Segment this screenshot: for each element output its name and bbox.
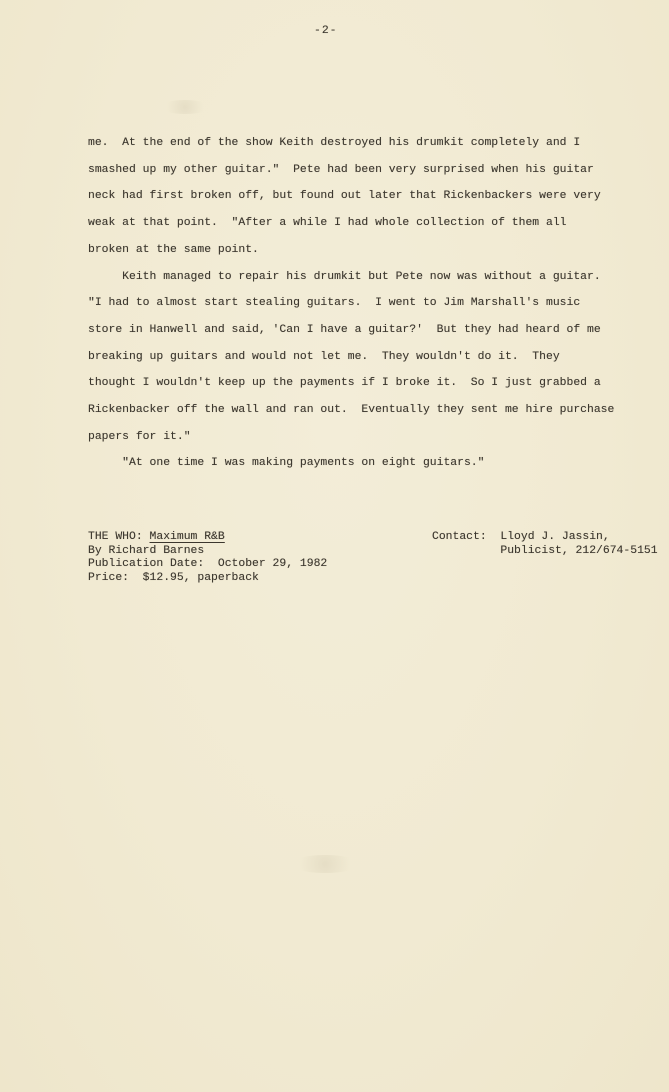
body-line: smashed up my other guitar." Pete had be… [88, 157, 636, 184]
body-line: "I had to almost start stealing guitars.… [88, 290, 636, 317]
body-line: store in Hanwell and said, 'Can I have a… [88, 317, 636, 344]
book-info-block: THE WHO: Maximum R&B By Richard Barnes P… [88, 531, 327, 585]
body-line: neck had first broken off, but found out… [88, 183, 636, 210]
page-number: -2- [314, 25, 338, 37]
contact-line-1: Contact: Lloyd J. Jassin, [432, 531, 658, 545]
body-line: thought I wouldn't keep up the payments … [88, 370, 636, 397]
body-text: me. At the end of the show Keith destroy… [88, 130, 636, 477]
book-price-line: Price: $12.95, paperback [88, 572, 327, 586]
book-publication-line: Publication Date: October 29, 1982 [88, 558, 327, 572]
document-page: -2- me. At the end of the show Keith des… [0, 0, 669, 1092]
contact-block: Contact: Lloyd J. Jassin, Publicist, 212… [432, 531, 658, 558]
body-line: Rickenbacker off the wall and ran out. E… [88, 397, 636, 424]
body-line: broken at the same point. [88, 237, 636, 264]
body-line: Keith managed to repair his drumkit but … [88, 264, 636, 291]
body-line: weak at that point. "After a while I had… [88, 210, 636, 237]
book-title-prefix: THE WHO: [88, 531, 150, 543]
book-title-line: THE WHO: Maximum R&B [88, 531, 327, 545]
book-title-underlined: Maximum R&B [150, 531, 225, 543]
body-line: "At one time I was making payments on ei… [88, 450, 636, 477]
book-author-line: By Richard Barnes [88, 545, 327, 559]
body-line: me. At the end of the show Keith destroy… [88, 130, 636, 157]
paper-smudge [290, 855, 360, 873]
body-line: breaking up guitars and would not let me… [88, 344, 636, 371]
body-line: papers for it." [88, 424, 636, 451]
paper-smudge [160, 100, 210, 114]
contact-line-2: Publicist, 212/674-5151 [432, 545, 658, 559]
